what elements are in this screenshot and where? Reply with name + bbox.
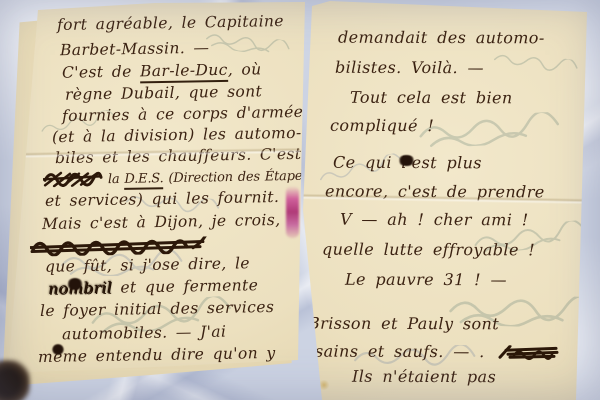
right-page: demandait des automo- bilistes. Voilà. —…: [298, 0, 600, 400]
show-through-writing: [204, 28, 296, 60]
handwritten-line: sains et saufs. — .: [315, 344, 560, 361]
show-through-writing: [417, 111, 568, 149]
ink-blot: [52, 344, 64, 355]
underlined-word: Bar-le-Duc: [140, 61, 228, 84]
handwritten-line: automobiles. — J'ai: [62, 325, 227, 343]
handwritten-line: C'est de Bar-le-Duc, où: [62, 62, 262, 81]
handwritten-line: Mais c'est à Dijon, je crois,: [42, 213, 281, 233]
handwritten-line: encore, c'est de prendre: [325, 184, 545, 201]
handwritten-line: le foyer initial des services: [40, 300, 274, 320]
dark-object: [0, 360, 30, 400]
photo-of-handwritten-letter: fort agréable, le Capitaine Barbet-Massi…: [0, 0, 600, 400]
handwritten-line: fournies à ce corps d'armée: [62, 105, 304, 125]
scribbled-out-word: [43, 170, 103, 187]
handwritten-line: quelle lutte effroyable !: [322, 242, 535, 259]
handwritten-line: biles et les chauffeurs. C'est: [55, 147, 302, 167]
handwritten-line: Barbet-Massin. —: [60, 41, 210, 59]
scribbled-out-line: [30, 236, 210, 257]
pink-smudge: [286, 186, 299, 238]
show-through-writing: [492, 49, 584, 79]
handwritten-line: (et à la division) les automo-: [52, 126, 302, 146]
handwritten-line: fort agréable, le Capitaine: [57, 14, 284, 33]
handwritten-line: bilistes. Voilà. —: [335, 60, 484, 77]
handwritten-line: Ils n'étaient pas: [352, 369, 496, 386]
handwritten-line: V — ah ! cher ami !: [340, 212, 529, 229]
scribbled-out-word: [494, 345, 560, 360]
handwritten-line: règne Dubail, que sont: [65, 84, 262, 103]
handwritten-line: demandait des automo-: [338, 30, 545, 47]
handwritten-line: que fût, si j'ose dire, le: [45, 256, 250, 275]
left-page: fort agréable, le Capitaine Barbet-Massi…: [5, 0, 317, 378]
handwritten-line: Le pauvre 31 ! —: [345, 272, 507, 289]
handwritten-line: Brisson et Pauly sont: [308, 316, 499, 333]
handwritten-line: même entendu dire qu'on y: [38, 346, 276, 366]
ink-blot: [398, 155, 415, 166]
handwritten-line: compliqué !: [330, 118, 434, 134]
handwritten-line: Tout cela est bien: [350, 90, 513, 107]
handwritten-line: la D.E.S. (Direction des Étapes: [43, 167, 309, 188]
ink-blot: [67, 278, 83, 290]
handwritten-line: et services) qui les fournit.: [45, 190, 280, 210]
underlined-word: D.E.S.: [124, 171, 163, 190]
